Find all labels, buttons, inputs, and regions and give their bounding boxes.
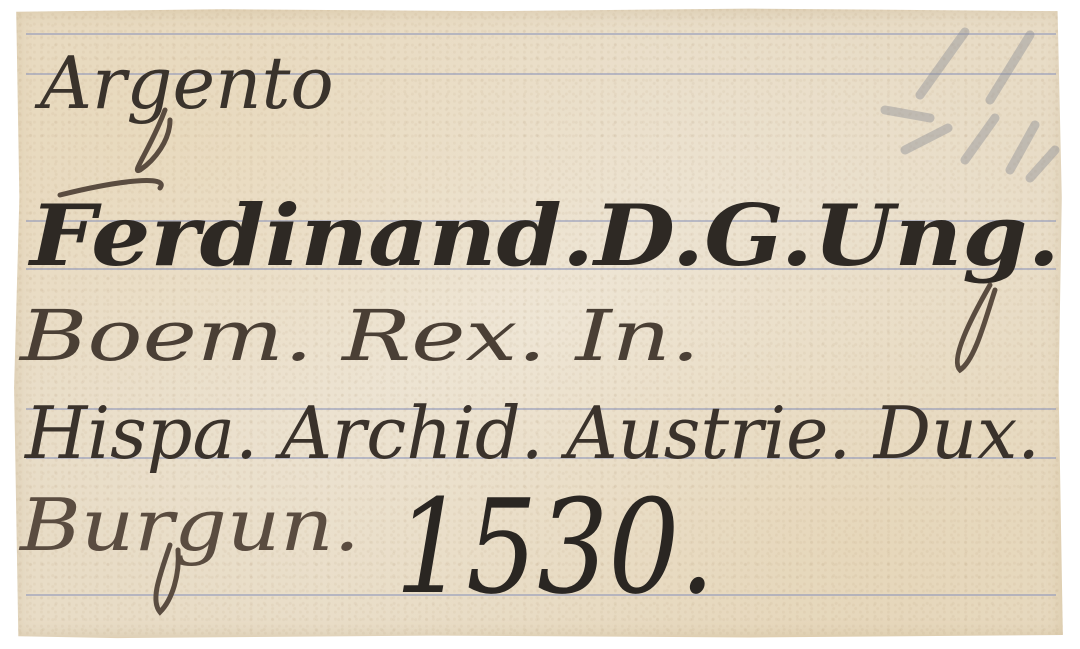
flourish-g2 [957,285,995,370]
handwriting: Argento Ferdinand.D.G.Ung. Boem. Rex. In… [0,0,1080,649]
line-year: 1530. [395,471,715,623]
line-titles-3: Burgun. [18,483,360,567]
line-titles-2: Hispa. Archid. Austrie. Dux. [23,391,1040,475]
scan-stage: Argento Ferdinand.D.G.Ung. Boem. Rex. In… [0,0,1080,649]
line-metal: Argento [34,41,334,125]
line-ruler: Ferdinand.D.G.Ung. [28,186,1060,285]
line-titles-1: Boem. Rex. In. [17,295,700,377]
